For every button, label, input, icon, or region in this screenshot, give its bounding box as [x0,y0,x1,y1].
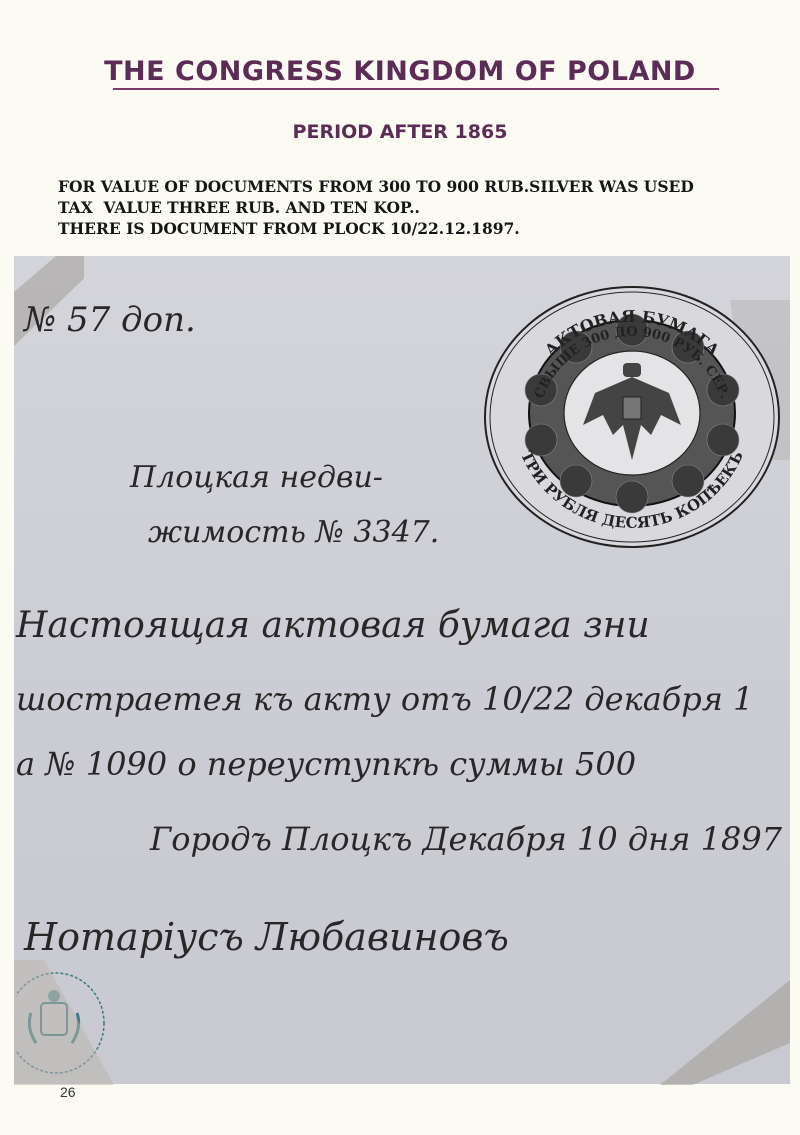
revenue-stamp-icon: АКТОВАЯ БУМАГА СВЫШЕ 300 ДО 900 РУБ. СЕР… [483,285,781,550]
description-line: FOR VALUE OF DOCUMENTS FROM 300 TO 900 R… [58,176,694,197]
handwritten-line: Плоцкая недви- [130,460,383,495]
handwritten-line: Городъ Плоцкъ Декабря 10 дня 1897 [150,820,782,858]
title-underline [113,88,719,90]
handwritten-line: Настоящая актовая бумага зни [16,605,650,646]
handwritten-signature: Нотаріусъ Любавиновъ [24,915,509,959]
description-line: TAX VALUE THREE RUB. AND TEN KOP.. [58,197,694,218]
description-line: THERE IS DOCUMENT FROM PLOCK 10/22.12.18… [58,218,694,239]
page-title: THE CONGRESS KINGDOM OF POLAND [0,56,800,87]
handwritten-line: шостраетея къ акту отъ 10/22 декабря 1 [16,680,754,718]
page-number: 26 [60,1084,76,1100]
description: FOR VALUE OF DOCUMENTS FROM 300 TO 900 R… [58,176,694,239]
handwritten-line: а № 1090 о переуступкѣ суммы 500 [16,745,636,783]
handwritten-line: жимость № 3347. [148,515,439,550]
page-subtitle: PERIOD AFTER 1865 [0,121,800,143]
handwritten-number: № 57 доп. [24,300,196,340]
